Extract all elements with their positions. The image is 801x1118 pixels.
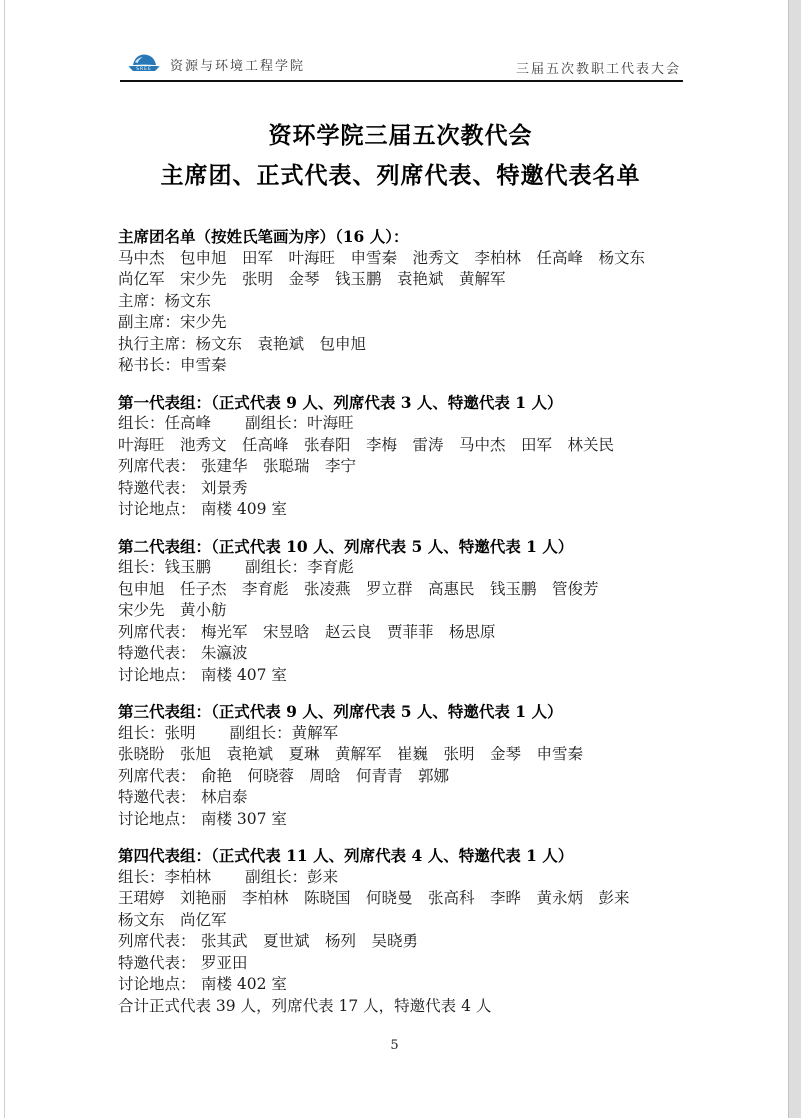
deputy-label: 副组长：	[245, 414, 307, 432]
special-label: 特邀代表：	[118, 954, 196, 972]
secretary-label: 秘书长：	[118, 356, 180, 374]
special-names: 罗亚田	[201, 954, 248, 972]
document-body: 主席团名单（按姓氏笔画为序）（16 人）： 马中杰 包申旭 田军 叶海旺 申雪秦…	[118, 226, 683, 1017]
group-3-leaders-line: 组长：张明副组长：黄解军	[118, 723, 683, 745]
location-value: 南楼 402 室	[201, 975, 287, 993]
special-label: 特邀代表：	[118, 479, 196, 497]
location-value: 南楼 407 室	[201, 666, 287, 684]
group-1-observers-line: 列席代表：张建华 张聪瑞 李宁	[118, 456, 683, 478]
group-3-special-line: 特邀代表：林启泰	[118, 787, 683, 809]
group-2-leaders-line: 组长：钱玉鹏副组长：李育彪	[118, 557, 683, 579]
page-right-edge	[788, 0, 801, 1118]
leader-label: 组长：	[118, 414, 165, 432]
observer-names: 张其武 夏世斌 杨列 吴晓勇	[201, 932, 418, 950]
group-4-observers-line: 列席代表：张其武 夏世斌 杨列 吴晓勇	[118, 931, 683, 953]
group-4-leaders-line: 组长：李柏林副组长：彭来	[118, 867, 683, 889]
location-label: 讨论地点：	[118, 975, 196, 993]
group-2-delegates-line1: 包申旭 任子杰 李育彪 张凌燕 罗立群 高惠民 钱玉鹏 管俊芳	[118, 579, 683, 601]
chair-label: 主席：	[118, 292, 165, 310]
group-4-special-line: 特邀代表：罗亚田	[118, 953, 683, 975]
observer-names: 张建华 张聪瑞 李宁	[201, 457, 356, 475]
header-left: SREE 资源与环境工程学院	[126, 52, 305, 77]
location-value: 南楼 307 室	[201, 810, 287, 828]
delegate-group-3: 第三代表组：（正式代表 9 人、列席代表 5 人、特邀代表 1 人） 组长：张明…	[118, 701, 683, 830]
group-4-delegates-line1: 王珺婷 刘艳丽 李柏林 陈晓国 何晓曼 张高科 李晔 黄永炳 彭来	[118, 888, 683, 910]
group-1-special-line: 特邀代表：刘景秀	[118, 478, 683, 500]
presidium-heading: 主席团名单（按姓氏笔画为序）（16 人）：	[118, 226, 683, 248]
leader-name: 任高峰	[165, 414, 212, 432]
deputy-name: 叶海旺	[307, 414, 354, 432]
page-footer: 5	[0, 1038, 789, 1053]
leader-label: 组长：	[118, 724, 165, 742]
svg-text:SREE: SREE	[136, 66, 152, 72]
page-header: SREE 资源与环境工程学院 三届五次教职工代表大会	[126, 52, 681, 77]
special-names: 林启泰	[201, 788, 248, 806]
leader-name: 钱玉鹏	[165, 558, 212, 576]
presidium-chair-line: 主席：杨文东	[118, 291, 683, 313]
group-4-location-line: 讨论地点：南楼 402 室	[118, 974, 683, 996]
presidium-members-line2: 尚亿军 宋少先 张明 金琴 钱玉鹏 袁艳斌 黄解军	[118, 269, 683, 291]
special-label: 特邀代表：	[118, 644, 196, 662]
secretary-name: 申雪秦	[180, 356, 227, 374]
special-names: 朱瀛波	[201, 644, 248, 662]
leader-name: 张明	[165, 724, 196, 742]
special-label: 特邀代表：	[118, 788, 196, 806]
presidium-exec-chair-line: 执行主席：杨文东 袁艳斌 包申旭	[118, 334, 683, 356]
page-number: 5	[390, 1038, 398, 1053]
observer-names: 梅光军 宋昱晗 赵云良 贾菲菲 杨思原	[201, 623, 496, 641]
vice-chair-label: 副主席：	[118, 313, 180, 331]
vice-chair-name: 宋少先	[180, 313, 227, 331]
sree-dome-logo-icon: SREE	[126, 52, 162, 77]
group-3-location-line: 讨论地点：南楼 307 室	[118, 809, 683, 831]
group-3-observers-line: 列席代表：俞艳 何晓蓉 周晗 何青青 郭娜	[118, 766, 683, 788]
group-2-heading: 第二代表组：（正式代表 10 人、列席代表 5 人、特邀代表 1 人）	[118, 536, 683, 558]
header-rule	[120, 80, 683, 82]
exec-chair-names: 杨文东 袁艳斌 包申旭	[196, 335, 367, 353]
location-value: 南楼 409 室	[201, 500, 287, 518]
observers-label: 列席代表：	[118, 457, 196, 475]
leader-label: 组长：	[118, 558, 165, 576]
doc-title-line1: 资环学院三届五次教代会	[100, 116, 701, 156]
leader-name: 李柏林	[165, 868, 212, 886]
group-1-heading: 第一代表组：（正式代表 9 人、列席代表 3 人、特邀代表 1 人）	[118, 392, 683, 414]
location-label: 讨论地点：	[118, 666, 196, 684]
deputy-name: 彭来	[307, 868, 338, 886]
deputy-name: 李育彪	[307, 558, 354, 576]
observer-names: 俞艳 何晓蓉 周晗 何青青 郭娜	[201, 767, 449, 785]
presidium-secretary-line: 秘书长：申雪秦	[118, 355, 683, 377]
presidium-vice-chair-line: 副主席：宋少先	[118, 312, 683, 334]
observers-label: 列席代表：	[118, 767, 196, 785]
group-1-location-line: 讨论地点：南楼 409 室	[118, 499, 683, 521]
group-2-observers-line: 列席代表：梅光军 宋昱晗 赵云良 贾菲菲 杨思原	[118, 622, 683, 644]
delegate-group-4: 第四代表组：（正式代表 11 人、列席代表 4 人、特邀代表 1 人） 组长：李…	[118, 845, 683, 1017]
header-school-name: 资源与环境工程学院	[170, 55, 305, 74]
group-1-delegates: 叶海旺 池秀文 任高峰 张春阳 李梅 雷涛 马中杰 田军 林关民	[118, 435, 683, 457]
deputy-label: 副组长：	[245, 868, 307, 886]
document-page: SREE 资源与环境工程学院 三届五次教职工代表大会 资环学院三届五次教代会 主…	[0, 0, 801, 1118]
chair-name: 杨文东	[165, 292, 212, 310]
totals-line: 合计正式代表 39 人，列席代表 17 人，特邀代表 4 人	[118, 996, 683, 1018]
page-left-edge	[4, 0, 5, 1118]
group-3-delegates: 张晓盼 张旭 袁艳斌 夏琳 黄解军 崔巍 张明 金琴 申雪秦	[118, 744, 683, 766]
group-3-heading: 第三代表组：（正式代表 9 人、列席代表 5 人、特邀代表 1 人）	[118, 701, 683, 723]
presidium-members-line1: 马中杰 包申旭 田军 叶海旺 申雪秦 池秀文 李柏林 任高峰 杨文东	[118, 248, 683, 270]
leader-label: 组长：	[118, 868, 165, 886]
group-4-heading: 第四代表组：（正式代表 11 人、列席代表 4 人、特邀代表 1 人）	[118, 845, 683, 867]
header-conference-name: 三届五次教职工代表大会	[516, 58, 681, 77]
special-names: 刘景秀	[201, 479, 248, 497]
presidium-section: 主席团名单（按姓氏笔画为序）（16 人）： 马中杰 包申旭 田军 叶海旺 申雪秦…	[118, 226, 683, 377]
group-2-delegates-line2: 宋少先 黄小舫	[118, 600, 683, 622]
deputy-label: 副组长：	[230, 724, 292, 742]
doc-title-line2: 主席团、正式代表、列席代表、特邀代表名单	[100, 156, 701, 196]
deputy-label: 副组长：	[245, 558, 307, 576]
group-4-delegates-line2: 杨文东 尚亿军	[118, 910, 683, 932]
exec-chair-label: 执行主席：	[118, 335, 196, 353]
observers-label: 列席代表：	[118, 623, 196, 641]
group-2-special-line: 特邀代表：朱瀛波	[118, 643, 683, 665]
delegate-group-1: 第一代表组：（正式代表 9 人、列席代表 3 人、特邀代表 1 人） 组长：任高…	[118, 392, 683, 521]
deputy-name: 黄解军	[292, 724, 339, 742]
location-label: 讨论地点：	[118, 810, 196, 828]
group-1-leaders-line: 组长：任高峰副组长：叶海旺	[118, 413, 683, 435]
observers-label: 列席代表：	[118, 932, 196, 950]
location-label: 讨论地点：	[118, 500, 196, 518]
group-2-location-line: 讨论地点：南楼 407 室	[118, 665, 683, 687]
delegate-group-2: 第二代表组：（正式代表 10 人、列席代表 5 人、特邀代表 1 人） 组长：钱…	[118, 536, 683, 687]
